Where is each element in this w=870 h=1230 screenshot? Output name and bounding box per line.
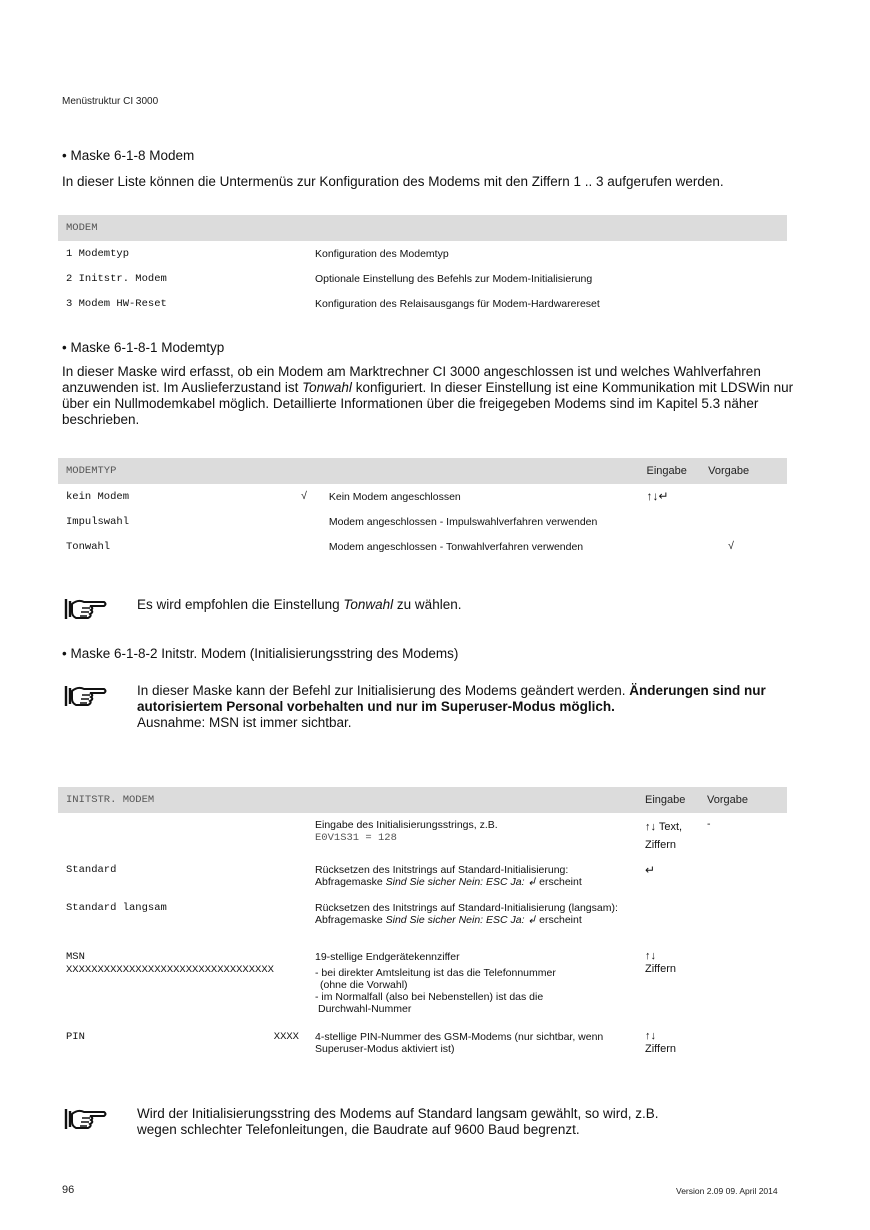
menu-item-desc: Konfiguration des Modemtyp [307,241,787,266]
table-row[interactable]: 1 Modemtyp Konfiguration des Modemtyp [58,241,787,266]
hint-emphasis: Tonwahl [343,597,393,612]
desc-bullet: - im Normalfall (also bei Nebenstellen) … [315,991,637,1003]
msn-value[interactable]: XXXXXXXXXXXXXXXXXXXXXXXXXXXXXXXXX [66,964,274,976]
desc-text: 19-stellige Endgerätekennziffer [315,951,637,963]
input-keys-line: ↑↓ [645,950,656,962]
column-header-input: Eingabe [637,787,699,813]
intro-emphasis: Tonwahl [302,380,352,395]
option-label [58,813,307,858]
hint-text: In dieser Maske kann der Befehl zur Init… [137,683,629,698]
modem-menu-table: MODEM 1 Modemtyp Konfiguration des Modem… [58,215,787,316]
pin-label: PIN [66,1031,85,1043]
running-header: Menüstruktur CI 3000 [62,96,158,107]
option-label: MSNXXXXXXXXXXXXXXXXXXXXXXXXXXXXXXXXX [58,946,307,1026]
modemtyp-table: MODEMTYP Eingabe Vorgabe kein Modem √ Ke… [58,458,787,559]
table-row[interactable]: kein Modem √ Kein Modem angeschlossen ↑↓… [58,484,787,509]
table-row[interactable]: 2 Initstr. Modem Optionale Einstellung d… [58,266,787,291]
option-label: kein Modem [58,484,293,509]
option-desc: Modem angeschlossen - Tonwahlverfahren v… [315,534,639,559]
hint-text: Ausnahme: MSN ist immer sichtbar. [137,715,352,730]
column-header-default: Vorgabe [699,787,787,813]
table-title: MODEMTYP [58,458,639,484]
input-keys: ↑↓ Text,Ziffern [637,813,699,858]
section-heading-modemtyp: • Maske 6-1-8-1 Modemtyp [62,340,224,355]
option-label: Tonwahl [58,534,293,559]
initstr-table: INITSTR. MODEM Eingabe Vorgabe Eingabe d… [58,787,787,1066]
option-label: Standard langsam [58,896,307,946]
option-desc: Modem angeschlossen - Impulswahlverfahre… [315,509,639,534]
default-mark [700,484,787,509]
option-label: Standard [58,858,307,896]
table-title: INITSTR. MODEM [58,787,637,813]
column-header-default: Vorgabe [700,458,787,484]
desc-text: Eingabe des Initialisierungsstrings, z.B… [315,819,498,831]
desc-text: erscheint [536,876,582,888]
input-keys: ↵ [637,858,699,896]
option-label: Impulswahl [58,509,293,534]
hint-tonwahl: Es wird empfohlen die Einstellung Tonwah… [137,597,461,613]
section-heading-modem: • Maske 6-1-8 Modem [62,148,194,163]
table-title: MODEM [58,215,787,241]
table-row[interactable]: Eingabe des Initialisierungsstrings, z.B… [58,813,787,858]
hint-baudrate: Wird der Initialisierungsstring des Mode… [137,1106,697,1138]
default-value [699,896,787,946]
default-value: - [699,813,787,858]
input-keys [639,534,701,559]
option-desc: Rücksetzen des Initstrings auf Standard-… [307,896,637,946]
option-desc: 4-stellige PIN-Nummer des GSM-Modems (nu… [307,1026,637,1066]
section-intro-modem: In dieser Liste können die Untermenüs zu… [62,174,797,190]
input-keys [637,896,699,946]
default-value [699,946,787,1026]
selected-check [293,509,315,534]
input-keys [639,509,701,534]
table-row[interactable]: 3 Modem HW-Reset Konfiguration des Relai… [58,291,787,316]
input-keys-line: Ziffern [645,963,676,975]
input-keys-line: ↑↓ Text, [645,821,682,833]
desc-emphasis: Sind Sie sicher Nein: ESC Ja: ↲ [386,876,537,888]
pin-value[interactable]: XXXX [274,1031,299,1043]
table-row[interactable]: Impulswahl Modem angeschlossen - Impulsw… [58,509,787,534]
desc-bullet-cont: Durchwahl-Nummer [315,1003,637,1015]
input-keys-line: Ziffern [645,1043,676,1055]
column-header-input: Eingabe [639,458,701,484]
option-desc: Kein Modem angeschlossen [315,484,639,509]
input-keys-line: ↑↓ [645,1030,656,1042]
default-mark [700,509,787,534]
hint-text: zu wählen. [393,597,461,612]
pointing-hand-icon [64,1106,108,1132]
section-heading-initstr: • Maske 6-1-8-2 Initstr. Modem (Initiali… [62,646,458,661]
default-value [699,1026,787,1066]
input-keys-line: Ziffern [645,839,676,851]
table-row[interactable]: MSNXXXXXXXXXXXXXXXXXXXXXXXXXXXXXXXXX 19-… [58,946,787,1026]
menu-item-label: 2 Initstr. Modem [58,266,307,291]
default-mark: √ [700,534,787,559]
pointing-hand-icon [64,683,108,709]
desc-bullet: - bei direkter Amtsleitung ist das die T… [315,967,637,979]
option-desc: 19-stellige Endgerätekennziffer - bei di… [307,946,637,1026]
pointing-hand-icon [64,596,108,622]
input-keys: ↑↓↵ [639,484,701,509]
option-desc: Rücksetzen des Initstrings auf Standard-… [307,858,637,896]
option-label: PINXXXX [58,1026,307,1066]
section-intro-modemtyp: In dieser Maske wird erfasst, ob ein Mod… [62,364,797,428]
menu-item-desc: Konfiguration des Relaisausgangs für Mod… [307,291,787,316]
hint-superuser: In dieser Maske kann der Befehl zur Init… [137,683,767,731]
option-desc: Eingabe des Initialisierungsstrings, z.B… [307,813,637,858]
menu-item-desc: Optionale Einstellung des Befehls zur Mo… [307,266,787,291]
default-value [699,858,787,896]
msn-label: MSN [66,951,85,963]
menu-item-label: 1 Modemtyp [58,241,307,266]
desc-bullet-cont: (ohne die Vorwahl) [315,979,637,991]
input-keys: ↑↓Ziffern [637,1026,699,1066]
table-row[interactable]: Tonwahl Modem angeschlossen - Tonwahlver… [58,534,787,559]
selected-check: √ [293,484,315,509]
page-number: 96 [62,1184,74,1196]
table-row[interactable]: Standard langsam Rücksetzen des Initstri… [58,896,787,946]
desc-text: erscheint [536,914,582,926]
desc-emphasis: Sind Sie sicher Nein: ESC Ja: ↲ [386,914,537,926]
init-string-example: E0V1S31 = 128 [315,832,397,844]
table-row[interactable]: Standard Rücksetzen des Initstrings auf … [58,858,787,896]
menu-item-label: 3 Modem HW-Reset [58,291,307,316]
hint-text: Es wird empfohlen die Einstellung [137,597,343,612]
input-keys: ↑↓Ziffern [637,946,699,1026]
selected-check [293,534,315,559]
version-info: Version 2.09 09. April 2014 [676,1186,778,1196]
table-row[interactable]: PINXXXX 4-stellige PIN-Nummer des GSM-Mo… [58,1026,787,1066]
